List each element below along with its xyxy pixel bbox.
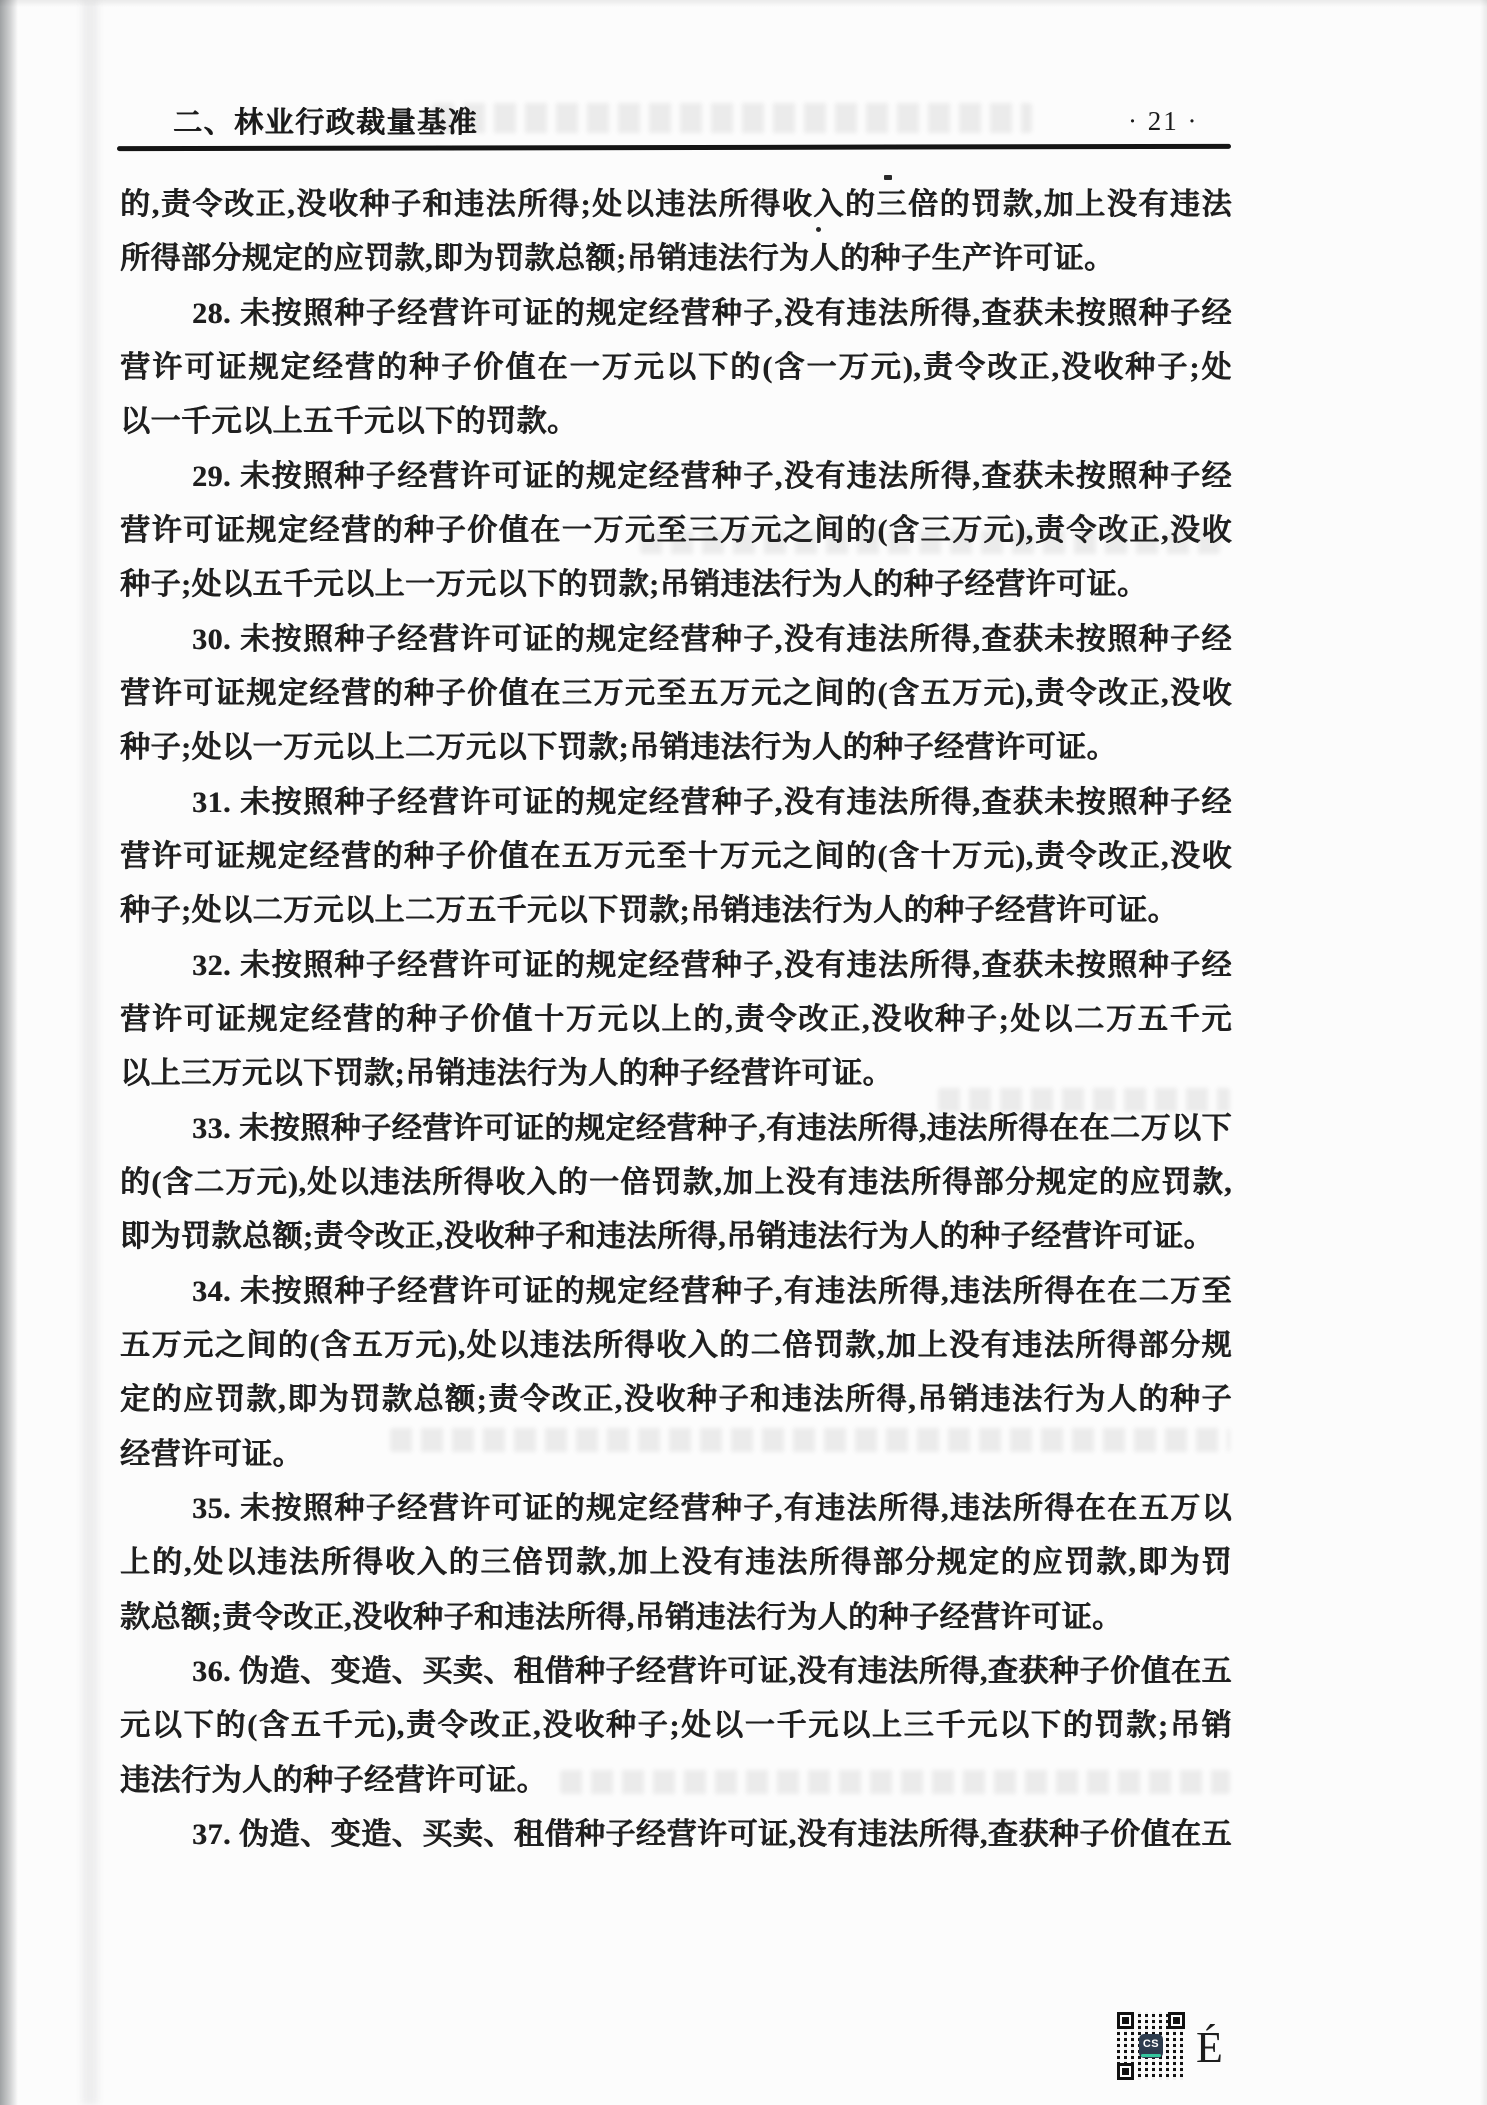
text-line: 以一千元以上五千元以下的罚款。 bbox=[120, 395, 1232, 449]
page-number: · 21 · bbox=[1128, 106, 1198, 137]
bleedthrough-text bbox=[432, 103, 1032, 133]
text-line: 的,责令改正,没收种子和违法所得;处以违法所得收入的三倍的罚款,加上没有违法 bbox=[120, 178, 1232, 232]
text-line: 34. 未按照种子经营许可证的规定经营种子,有违法所得,违法所得在在二万至 bbox=[120, 1265, 1232, 1319]
text-line: 定的应罚款,即为罚款总额;责令改正,没收种子和违法所得,吊销违法行为人的种子 bbox=[120, 1373, 1232, 1427]
qr-side-letter: É bbox=[1196, 2022, 1223, 2073]
text-line: 的(含二万元),处以违法所得收入的一倍罚款,加上没有违法所得部分规定的应罚款, bbox=[120, 1156, 1232, 1210]
text-line: 32. 未按照种子经营许可证的规定经营种子,没有违法所得,查获未按照种子经 bbox=[120, 939, 1232, 993]
text-line: 元以下的(含五千元),责令改正,没收种子;处以一千元以上三千元以下的罚款;吊销 bbox=[120, 1699, 1232, 1753]
bleedthrough-text bbox=[390, 1428, 1230, 1452]
scanned-book-page: 二、林业行政裁量基准 · 21 · 的,责令改正,没收种子和违法所得;处以违法所… bbox=[0, 0, 1487, 2105]
text-line: 种子;处以二万元以上二万五千元以下罚款;吊销违法行为人的种子经营许可证。 bbox=[120, 884, 1232, 938]
qr-finder-icon bbox=[1168, 2012, 1185, 2029]
bleedthrough-text bbox=[938, 1088, 1230, 1112]
qr-center-logo: CS bbox=[1139, 2034, 1163, 2058]
ink-speck bbox=[816, 227, 821, 232]
qr-finder-icon bbox=[1117, 2063, 1134, 2080]
scan-edge-top bbox=[0, 0, 1487, 7]
text-line: 营许可证规定经营的种子价值在五万元至十万元之间的(含十万元),责令改正,没收 bbox=[120, 830, 1232, 884]
running-header-title: 二、林业行政裁量基准 bbox=[173, 100, 478, 141]
text-line: 款总额;责令改正,没收种子和违法所得,吊销违法行为人的种子经营许可证。 bbox=[120, 1591, 1232, 1645]
qr-finder-icon bbox=[1117, 2012, 1134, 2029]
text-line: 营许可证规定经营的种子价值在三万元至五万元之间的(含五万元),责令改正,没收 bbox=[120, 667, 1232, 721]
text-line: 五万元之间的(含五万元),处以违法所得收入的二倍罚款,加上没有违法所得部分规 bbox=[120, 1319, 1232, 1373]
bleedthrough-text bbox=[640, 530, 1220, 554]
text-line: 营许可证规定经营的种子价值在一万元以下的(含一万元),责令改正,没收种子;处 bbox=[120, 341, 1232, 395]
qr-code: CS bbox=[1117, 2012, 1185, 2080]
text-line: 29. 未按照种子经营许可证的规定经营种子,没有违法所得,查获未按照种子经 bbox=[120, 450, 1232, 504]
text-line: 所得部分规定的应罚款,即为罚款总额;吊销违法行为人的种子生产许可证。 bbox=[120, 232, 1232, 286]
text-line: 36. 伪造、变造、买卖、租借种子经营许可证,没有违法所得,查获种子价值在五千 bbox=[120, 1645, 1232, 1699]
text-line: 28. 未按照种子经营许可证的规定经营种子,没有违法所得,查获未按照种子经 bbox=[120, 287, 1232, 341]
text-line: 营许可证规定经营的种子价值十万元以上的,责令改正,没收种子;处以二万五千元 bbox=[120, 993, 1232, 1047]
text-line: 上的,处以违法所得收入的三倍罚款,加上没有违法所得部分规定的应罚款,即为罚 bbox=[120, 1536, 1232, 1590]
text-line: 30. 未按照种子经营许可证的规定经营种子,没有违法所得,查获未按照种子经 bbox=[120, 613, 1232, 667]
scan-edge-left bbox=[0, 0, 18, 2105]
bleedthrough-text bbox=[560, 1770, 1230, 1794]
text-line: 种子;处以一万元以上二万元以下罚款;吊销违法行为人的种子经营许可证。 bbox=[120, 721, 1232, 775]
scan-seam-shadow bbox=[82, 0, 98, 2105]
text-line: 37. 伪造、变造、买卖、租借种子经营许可证,没有违法所得,查获种子价值在五千 bbox=[120, 1808, 1232, 1862]
body-text-block: 的,责令改正,没收种子和违法所得;处以违法所得收入的三倍的罚款,加上没有违法所得… bbox=[120, 178, 1232, 1862]
scan-edge-right bbox=[1480, 0, 1487, 2105]
text-line: 31. 未按照种子经营许可证的规定经营种子,没有违法所得,查获未按照种子经 bbox=[120, 776, 1232, 830]
text-line: 种子;处以五千元以上一万元以下的罚款;吊销违法行为人的种子经营许可证。 bbox=[120, 558, 1232, 612]
header-rule bbox=[117, 144, 1231, 151]
text-line: 即为罚款总额;责令改正,没收种子和违法所得,吊销违法行为人的种子经营许可证。 bbox=[120, 1210, 1232, 1264]
ink-speck bbox=[884, 175, 892, 180]
text-line: 35. 未按照种子经营许可证的规定经营种子,有违法所得,违法所得在在五万以 bbox=[120, 1482, 1232, 1536]
